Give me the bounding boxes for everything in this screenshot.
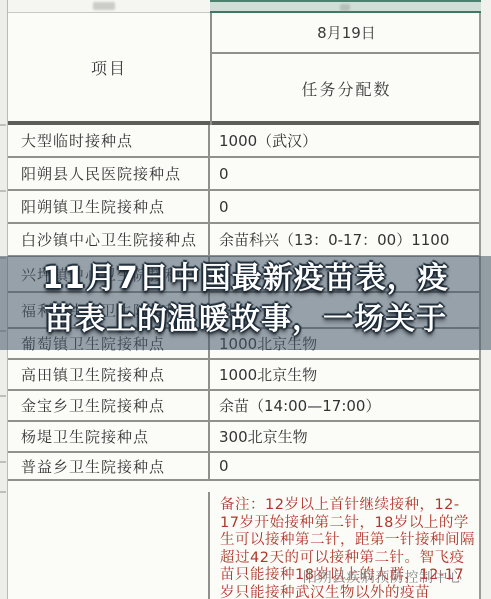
allocation-cell[interactable]: 300北京生物: [210, 422, 481, 451]
table-row[interactable]: 杨堤卫生院接种点 300北京生物: [8, 422, 481, 453]
column-letter-smudge: [93, 2, 115, 10]
table-row[interactable]: 阳朔县人民医院接种点 0: [8, 158, 481, 191]
table-row[interactable]: 金宝乡卫生院接种点 余苗（14:00—17:00）: [8, 391, 481, 422]
table-row[interactable]: 阳朔镇卫生院接种点 0: [8, 191, 481, 224]
column-letter-smudge: [340, 4, 350, 11]
column-header-strip[interactable]: [8, 0, 210, 13]
header-cell-date[interactable]: 8月19日: [212, 13, 481, 54]
allocation-cell[interactable]: 1000（武汉）: [210, 125, 481, 156]
gutter-tick: [0, 395, 6, 397]
headline-overlay-text: 11月7日中国最新疫苗表，疫 苗表上的温暖故事，一场关于: [0, 258, 491, 340]
site-name-cell[interactable]: 白沙镇中心卫生院接种点: [8, 224, 210, 255]
gutter-tick: [0, 190, 6, 192]
allocation-cell[interactable]: 1000北京生物: [210, 360, 481, 389]
site-name-cell[interactable]: 高田镇卫生院接种点: [8, 360, 210, 389]
table-row[interactable]: 白沙镇中心卫生院接种点 余苗科兴（13：0-17：00）1100: [8, 224, 481, 257]
allocation-cell[interactable]: 0: [210, 191, 481, 222]
site-name-cell[interactable]: 金宝乡卫生院接种点: [8, 391, 210, 420]
remarks-empty-cell[interactable]: [8, 492, 210, 599]
selected-column-header-strip[interactable]: [210, 0, 481, 13]
allocation-cell[interactable]: 余苗科兴（13：0-17：00）1100: [210, 224, 481, 255]
site-name-cell[interactable]: 大型临时接种点: [8, 125, 210, 156]
header-cell-item[interactable]: 项目: [8, 13, 210, 121]
vaccine-table-screenshot: 项目 8月19日 任务分配数 大型临时接种点 1000（武汉） 阳朔县人民医院接…: [0, 0, 491, 599]
gutter-tick: [0, 461, 6, 463]
site-name-cell[interactable]: 普益乡卫生院接种点: [8, 453, 210, 479]
headline-line-2: 苗表上的温暖故事，一场关于: [0, 299, 491, 340]
site-name-cell[interactable]: 杨堤卫生院接种点: [8, 422, 210, 451]
gutter-tick: [0, 124, 6, 126]
cdc-watermark: 阳朔县疾病预防控制中心: [303, 567, 463, 587]
allocation-cell[interactable]: 余苗（14:00—17:00）: [210, 391, 481, 420]
table-row[interactable]: 大型临时接种点 1000（武汉）: [8, 125, 481, 158]
table-row[interactable]: 普益乡卫生院接种点 0: [8, 453, 481, 481]
site-name-cell[interactable]: 阳朔县人民医院接种点: [8, 158, 210, 189]
allocation-cell[interactable]: 0: [210, 453, 481, 479]
headline-line-1: 11月7日中国最新疫苗表，疫: [0, 258, 491, 299]
table-row[interactable]: 高田镇卫生院接种点 1000北京生物: [8, 360, 481, 391]
column-divider: [210, 13, 212, 125]
header-cell-allocation[interactable]: 任务分配数: [212, 56, 481, 121]
gutter-tick: [0, 491, 6, 493]
allocation-cell[interactable]: 0: [210, 158, 481, 189]
site-name-cell[interactable]: 阳朔镇卫生院接种点: [8, 191, 210, 222]
